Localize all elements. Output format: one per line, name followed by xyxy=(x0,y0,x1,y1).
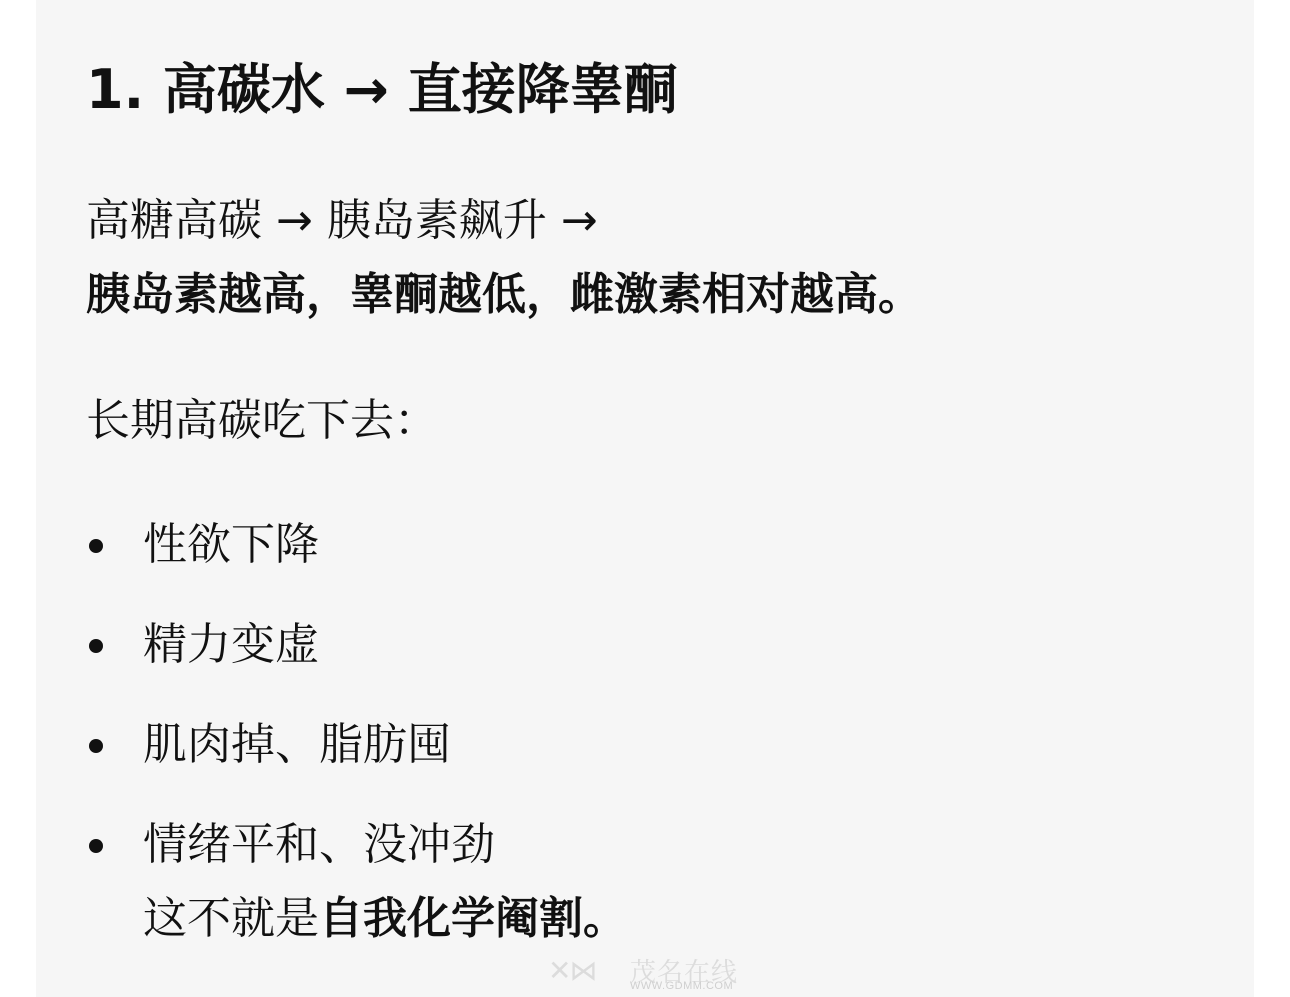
content-panel: 1. 高碳水 → 直接降睾酮 高糖高碳 → 胰岛素飙升 → 胰岛素越高，睾酮越低… xyxy=(36,0,1254,997)
list-item-text: 精力变虚 xyxy=(143,619,319,670)
continuation-bold-text: 自我化学阉割。 xyxy=(319,893,627,944)
list-item-continuation: 这不就是自我化学阉割。 xyxy=(143,882,627,956)
watermark: ✕⋈ 茂名在线 WWW.GDMM.COM xyxy=(548,952,748,994)
bullet-icon xyxy=(89,839,103,853)
list-item: 情绪平和、没冲劲 这不就是自我化学阉割。 xyxy=(86,808,627,956)
paragraph-insulin-line2-bold: 胰岛素越高，睾酮越低，雌激素相对越高。 xyxy=(86,258,922,332)
list-item-text: 肌肉掉、脂肪囤 xyxy=(143,719,451,770)
section-heading: 1. 高碳水 → 直接降睾酮 xyxy=(86,56,678,124)
bullet-icon xyxy=(89,739,103,753)
paragraph-insulin-line1: 高糖高碳 → 胰岛素飙升 → xyxy=(86,184,922,258)
paragraph-long-term: 长期高碳吃下去： xyxy=(86,384,438,458)
bullet-icon xyxy=(89,539,103,553)
list-item-text: 性欲下降 xyxy=(143,519,319,570)
bullet-icon xyxy=(89,639,103,653)
continuation-normal-text: 这不就是 xyxy=(143,893,319,944)
list-item: 精力变虚 xyxy=(86,608,627,682)
watermark-url: WWW.GDMM.COM xyxy=(630,980,733,992)
paragraph-insulin: 高糖高碳 → 胰岛素飙升 → 胰岛素越高，睾酮越低，雌激素相对越高。 xyxy=(86,184,922,332)
list-item-text: 情绪平和、没冲劲 xyxy=(143,819,495,870)
list-item: 性欲下降 xyxy=(86,508,627,582)
list-item: 肌肉掉、脂肪囤 xyxy=(86,708,627,782)
watermark-logo-icon: ✕⋈ xyxy=(548,954,595,987)
effects-list: 性欲下降 精力变虚 肌肉掉、脂肪囤 情绪平和、没冲劲 这不就是自我化学阉割。 xyxy=(86,508,627,982)
